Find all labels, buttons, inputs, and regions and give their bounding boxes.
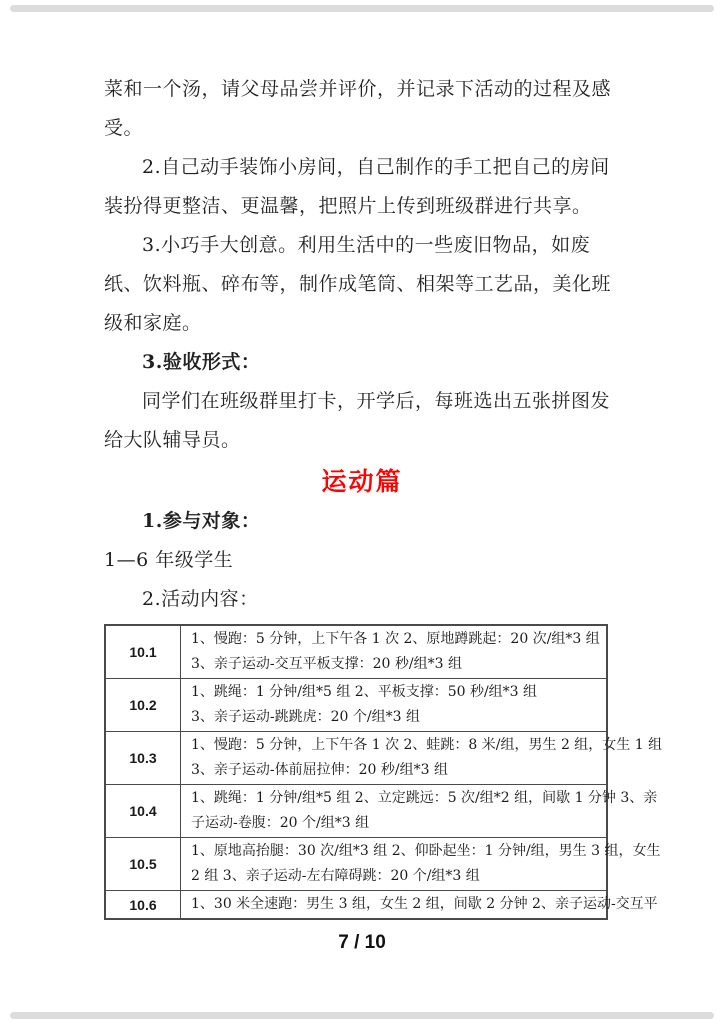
paragraph-meal-review: 菜和一个汤，请父母品尝并评价，并记录下活动的过程及感受。 (104, 70, 620, 148)
activity-cell: 1、跳绳：1 分钟/组*5 组 2、平板支撑：50 秒/组*3 组 3、亲子运动… (181, 679, 608, 732)
activity-line: 1、原地高抬腿：30 次/组*3 组 2、仰卧起坐：1 分钟/组，男生 3 组，… (191, 839, 596, 864)
activity-line: 1、慢跑：5 分钟，上下午各 1 次 2、原地蹲跳起：20 次/组*3 组 (191, 627, 596, 652)
activity-line: 3、亲子运动-跳跳虎：20 个/组*3 组 (191, 705, 596, 730)
section-heading-sports: 运动篇 (104, 462, 620, 502)
table-row: 10.1 1、慢跑：5 分钟，上下午各 1 次 2、原地蹲跳起：20 次/组*3… (105, 625, 607, 679)
bottom-edge-bar (10, 1012, 714, 1019)
activity-cell: 1、慢跑：5 分钟，上下午各 1 次 2、蛙跳：8 米/组，男生 2 组，女生 … (181, 732, 608, 785)
table-row: 10.6 1、30 米全速跑：男生 3 组，女生 2 组，间歇 2 分钟 2、亲… (105, 891, 607, 920)
table-row: 10.3 1、慢跑：5 分钟，上下午各 1 次 2、蛙跳：8 米/组，男生 2 … (105, 732, 607, 785)
document-content: 菜和一个汤，请父母品尝并评价，并记录下活动的过程及感受。 2.自己动手装饰小房间… (0, 0, 724, 954)
activity-line: 2 组 3、亲子运动-左右障碍跳：20 个/组*3 组 (191, 864, 596, 889)
table-row: 10.2 1、跳绳：1 分钟/组*5 组 2、平板支撑：50 秒/组*3 组 3… (105, 679, 607, 732)
activity-line: 1、30 米全速跑：男生 3 组，女生 2 组，间歇 2 分钟 2、亲子运动-交… (191, 892, 596, 917)
paragraph-decorate-room: 2.自己动手装饰小房间，自己制作的手工把自己的房间装扮得更整洁、更温馨，把照片上… (104, 148, 620, 226)
activity-line: 1、跳绳：1 分钟/组*5 组 2、立定跳远：5 次/组*2 组，间歇 1 分钟… (191, 786, 596, 811)
table-row: 10.5 1、原地高抬腿：30 次/组*3 组 2、仰卧起坐：1 分钟/组，男生… (105, 838, 607, 891)
activity-cell: 1、30 米全速跑：男生 3 组，女生 2 组，间歇 2 分钟 2、亲子运动-交… (181, 891, 608, 920)
paragraph-handicraft: 3.小巧手大创意。利用生活中的一些废旧物品，如废纸、饮料瓶、碎布等，制作成笔筒、… (104, 226, 620, 343)
activity-line: 1、慢跑：5 分钟，上下午各 1 次 2、蛙跳：8 米/组，男生 2 组，女生 … (191, 733, 596, 758)
heading-acceptance-form: 3.验收形式： (104, 343, 620, 382)
activity-line: 1、跳绳：1 分钟/组*5 组 2、平板支撑：50 秒/组*3 组 (191, 680, 596, 705)
top-edge-bar (10, 5, 714, 12)
table-row: 10.4 1、跳绳：1 分钟/组*5 组 2、立定跳远：5 次/组*2 组，间歇… (105, 785, 607, 838)
period-cell: 10.2 (105, 679, 181, 732)
period-cell: 10.1 (105, 625, 181, 679)
paragraph-grade-range: 1—6 年级学生 (104, 541, 620, 580)
paragraph-acceptance-detail: 同学们在班级群里打卡，开学后，每班选出五张拼图发给大队辅导员。 (104, 382, 620, 460)
page-number: 7 / 10 (104, 932, 620, 954)
period-cell: 10.3 (105, 732, 181, 785)
activity-line: 3、亲子运动-体前屈拉伸：20 秒/组*3 组 (191, 758, 596, 783)
period-cell: 10.4 (105, 785, 181, 838)
document-page: 菜和一个汤，请父母品尝并评价，并记录下活动的过程及感受。 2.自己动手装饰小房间… (0, 0, 724, 1024)
activity-cell: 1、慢跑：5 分钟，上下午各 1 次 2、原地蹲跳起：20 次/组*3 组 3、… (181, 625, 608, 679)
period-cell: 10.6 (105, 891, 181, 920)
activity-cell: 1、原地高抬腿：30 次/组*3 组 2、仰卧起坐：1 分钟/组，男生 3 组，… (181, 838, 608, 891)
activity-line: 子运动-卷腹：20 个/组*3 组 (191, 811, 596, 836)
activity-line: 3、亲子运动-交互平板支撑：20 秒/组*3 组 (191, 652, 596, 677)
heading-participants: 1.参与对象： (104, 502, 620, 541)
activity-schedule-table: 10.1 1、慢跑：5 分钟，上下午各 1 次 2、原地蹲跳起：20 次/组*3… (104, 624, 608, 920)
period-cell: 10.5 (105, 838, 181, 891)
activity-cell: 1、跳绳：1 分钟/组*5 组 2、立定跳远：5 次/组*2 组，间歇 1 分钟… (181, 785, 608, 838)
heading-activity-content: 2.活动内容： (104, 580, 620, 619)
